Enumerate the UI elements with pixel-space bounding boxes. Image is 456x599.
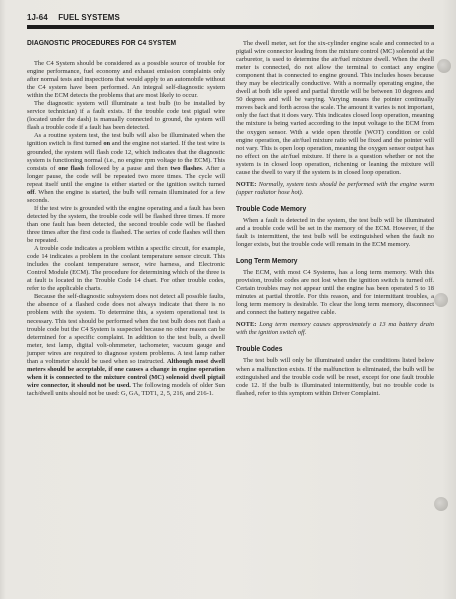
paragraph-test-bulb: The diagnostic system will illuminate a … — [27, 100, 225, 132]
punch-hole-icon — [434, 497, 448, 511]
right-column: The dwell meter, set for the six-cylinde… — [236, 40, 434, 398]
paragraph-self-diagnostic: Because the self-diagnostic subsystem do… — [27, 293, 225, 398]
running-head: 1J-64 FUEL SYSTEMS — [27, 12, 120, 22]
bold-text: one flash — [58, 165, 84, 172]
paragraph-routine-test: As a routine system test, the test bulb … — [27, 132, 225, 204]
paragraph-trouble-code-memory: When a fault is detected in the system, … — [236, 217, 434, 249]
note-text: Normally, system tests should be perform… — [236, 181, 434, 196]
bold-text: off — [27, 189, 35, 196]
text: followed by a pause and then — [84, 165, 171, 172]
page-number: 1J-64 — [27, 12, 48, 22]
note-battery-drain: NOTE: Long term memory causes approximat… — [236, 321, 434, 337]
note-label: NOTE: — [236, 181, 256, 188]
punch-hole-icon — [437, 59, 451, 73]
header-rule — [27, 25, 434, 29]
paragraph-trouble-code-circuit: A trouble code indicates a problem withi… — [27, 245, 225, 293]
paragraph-trouble-codes: The test bulb will only be illuminated u… — [236, 357, 434, 397]
paragraph-engine-operating: If the test wire is grounded with the en… — [27, 205, 225, 245]
text: Because the self-diagnostic subsystem do… — [27, 293, 225, 364]
heading-trouble-codes: Trouble Codes — [236, 344, 410, 353]
heading-trouble-code-memory: Trouble Code Memory — [236, 204, 410, 213]
note-text: Long term memory causes approximately a … — [236, 321, 434, 336]
text: . When the engine is started, the bulb w… — [27, 189, 225, 204]
document-page: 1J-64 FUEL SYSTEMS DIAGNOSTIC PROCEDURES… — [0, 0, 456, 599]
section-title: DIAGNOSTIC PROCEDURES FOR C4 SYSTEM — [27, 38, 205, 47]
note-warm-engine: NOTE: Normally, system tests should be p… — [236, 181, 434, 197]
left-column: DIAGNOSTIC PROCEDURES FOR C4 SYSTEM The … — [27, 38, 225, 398]
heading-long-term-memory: Long Term Memory — [236, 256, 410, 265]
paragraph-long-term-memory: The ECM, with most C4 Systems, has a lon… — [236, 269, 434, 317]
chapter-title: FUEL SYSTEMS — [58, 12, 120, 22]
note-label: NOTE: — [236, 321, 256, 328]
paragraph-intro: The C4 System should be considered as a … — [27, 60, 225, 100]
paragraph-dwell-meter: The dwell meter, set for the six-cylinde… — [236, 40, 434, 177]
bold-text: two flashes — [170, 165, 201, 172]
punch-hole-icon — [434, 293, 448, 307]
